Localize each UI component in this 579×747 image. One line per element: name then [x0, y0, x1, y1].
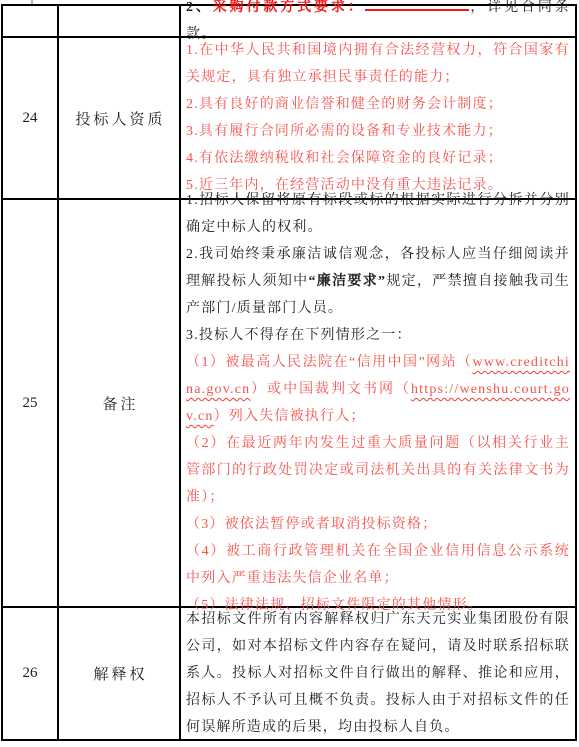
table-row: 25备注1.招标人保留将原有标段或标的根据实际进行分拆并分别确定中标人的权利。2…: [3, 198, 575, 606]
row-content-cell: 本招标文件所有内容解释权归广东天元实业集团股份有限公司，如对本招标文件内容存在疑…: [181, 608, 575, 739]
text-segment: 3.具有履行合同所必需的设备和专业技术能力；: [186, 124, 503, 139]
text-segment: 4.有依法缴纳税收和社会保障资金的良好记录；: [186, 151, 503, 166]
text-segment: 本招标文件所有内容解释权归广东天元实业集团股份有限公司，如对本招标文件内容存在疑…: [186, 612, 570, 735]
row-number-cell: [3, 6, 59, 36]
paragraph: 1.招标人保留将原有标段或标的根据实际进行分拆并分别确定中标人的权利。: [186, 187, 570, 241]
text-segment: 2、: [186, 0, 213, 15]
text-segment: 3.投标人不得存在下列情形之一：: [186, 328, 412, 343]
text-segment: （3）被依法暂停或者取消投标资格；: [186, 517, 437, 532]
text-segment: 1.招标人保留将原有标段或标的根据实际进行分拆并分别确定中标人的权利。: [186, 193, 570, 235]
paragraph: （1）被最高人民法院在“信用中国”网站（www.creditchina.gov.…: [186, 349, 570, 430]
text-segment: ）列入失信被执行人；: [214, 409, 366, 424]
paragraph: 1.在中华人民共和国境内拥有合法经营权力，符合国家有关规定，具有独立承担民事责任…: [186, 37, 570, 91]
row-number-cell: 25: [3, 200, 59, 606]
text-segment: （4）被工商行政管理机关在全国企业信用信息公示系统中列入严重违法失信企业名单；: [186, 544, 570, 586]
paragraph: 2.我司始终秉承廉洁诚信观念，各投标人应当仔细阅读并理解投标人须知中“廉洁要求”…: [186, 241, 570, 322]
text-segment: 1.在中华人民共和国境内拥有合法经营权力，符合国家有关规定，具有独立承担民事责任…: [186, 43, 570, 85]
text-segment: ）或中国裁判文书网（: [250, 382, 411, 397]
paragraph: 4.有依法缴纳税收和社会保障资金的良好记录；: [186, 145, 570, 172]
text-segment: （1）被最高人民法院在“信用中国”网站（: [186, 355, 473, 370]
row-content-cell: 1.在中华人民共和国境内拥有合法经营权力，符合国家有关规定，具有独立承担民事责任…: [181, 38, 575, 198]
text-segment: 采购付款方式要求：: [213, 0, 365, 15]
text-segment: 2.具有良好的商业信誉和健全的财务会计制度；: [186, 97, 503, 112]
row-number-cell: 26: [3, 608, 59, 739]
bid-document-table: 2、采购付款方式要求：，详见合同条款。24投标人资质1.在中华人民共和国境内拥有…: [1, 4, 577, 741]
table-row: 24投标人资质1.在中华人民共和国境内拥有合法经营权力，符合国家有关规定，具有独…: [3, 36, 575, 198]
paragraph: （3）被依法暂停或者取消投标资格；: [186, 511, 570, 538]
table-row: 26解释权本招标文件所有内容解释权归广东天元实业集团股份有限公司，如对本招标文件…: [3, 606, 575, 739]
row-content-cell: 1.招标人保留将原有标段或标的根据实际进行分拆并分别确定中标人的权利。2.我司始…: [181, 200, 575, 606]
fill-in-blank: [365, 0, 469, 11]
row-content-cell: 2、采购付款方式要求：，详见合同条款。: [181, 6, 575, 36]
row-label-cell: 备注: [59, 200, 181, 606]
paragraph: （2）在最近两年内发生过重大质量问题（以相关行业主管部门的行政处罚决定或司法机关…: [186, 430, 570, 511]
row-label-cell: 投标人资质: [59, 38, 181, 198]
row-number-cell: 24: [3, 38, 59, 198]
row-label-cell: [59, 6, 181, 36]
paragraph: （4）被工商行政管理机关在全国企业信用信息公示系统中列入严重违法失信企业名单；: [186, 538, 570, 592]
text-segment: （2）在最近两年内发生过重大质量问题（以相关行业主管部门的行政处罚决定或司法机关…: [186, 436, 570, 505]
paragraph: 3.投标人不得存在下列情形之一：: [186, 322, 570, 349]
paragraph: 3.具有履行合同所必需的设备和专业技术能力；: [186, 118, 570, 145]
table-row: 2、采购付款方式要求：，详见合同条款。: [3, 6, 575, 36]
row-label-cell: 解释权: [59, 608, 181, 739]
paragraph: 本招标文件所有内容解释权归广东天元实业集团股份有限公司，如对本招标文件内容存在疑…: [186, 606, 570, 741]
text-segment: “廉洁要求”: [309, 274, 387, 289]
paragraph: 2.具有良好的商业信誉和健全的财务会计制度；: [186, 91, 570, 118]
